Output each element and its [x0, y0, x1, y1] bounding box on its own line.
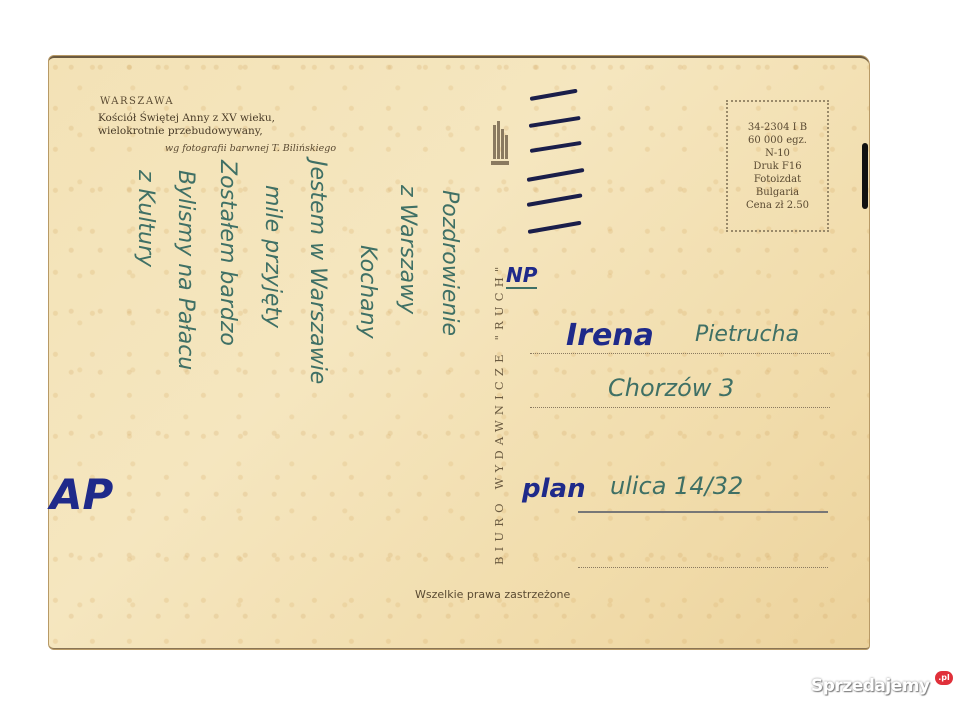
ap-annotation: AP: [50, 470, 113, 519]
printed-city: WARSZAWA: [100, 96, 174, 107]
message-line: Jestem w Warszawie: [305, 160, 330, 384]
message-line: Bylismy na Pałacu: [173, 170, 198, 370]
message-line: Pozdrowienie: [437, 190, 462, 336]
recipient-city: Chorzów 3: [608, 374, 734, 402]
info-line: Druk F16: [728, 160, 827, 173]
info-line: Cena zł 2.50: [728, 199, 827, 212]
street-blue-annotation: plan: [522, 474, 586, 504]
info-line: 34-2304 I B: [728, 121, 827, 134]
info-line: N-10: [728, 147, 827, 160]
address-line: [578, 511, 828, 513]
stamp-info-box: 34-2304 I B 60 000 egz. N-10 Druk F16 Fo…: [726, 100, 829, 232]
message-line: z Kultury: [133, 170, 158, 267]
recipient-street: ulica 14/32: [610, 472, 743, 500]
ruch-logo-icon: [491, 121, 509, 165]
address-line: [578, 567, 828, 568]
photo-credit: wg fotografii barwnej T. Bilińskiego: [165, 143, 336, 154]
printed-description-line1: Kościół Świętej Anny z XV wieku,: [98, 112, 275, 124]
publisher-name: BIURO WYDAWNICZE "RUCH": [492, 261, 506, 565]
ink-mark: [862, 143, 868, 209]
address-line: [530, 407, 830, 408]
recipient-first-name: Irena: [566, 318, 654, 353]
address-line: [530, 353, 830, 354]
info-line: 60 000 egz.: [728, 134, 827, 147]
printed-description-line2: wielokrotnie przebudowywany,: [98, 125, 263, 137]
message-line: z Warszawy: [395, 185, 420, 314]
rights-notice: Wszelkie prawa zastrzeżone: [415, 588, 570, 601]
message-line: Zostałem bardzo: [215, 160, 240, 346]
info-line: Bulgaria: [728, 186, 827, 199]
watermark-logo: Sprzedajemy: [811, 676, 930, 696]
message-line: mile przyjęty: [260, 185, 285, 328]
info-line: Fotoizdat: [728, 173, 827, 186]
watermark-badge: .pl: [935, 671, 953, 685]
message-line: Kochany: [355, 245, 380, 339]
np-annotation: NP: [506, 263, 537, 289]
recipient-last-name: Pietrucha: [695, 322, 799, 347]
